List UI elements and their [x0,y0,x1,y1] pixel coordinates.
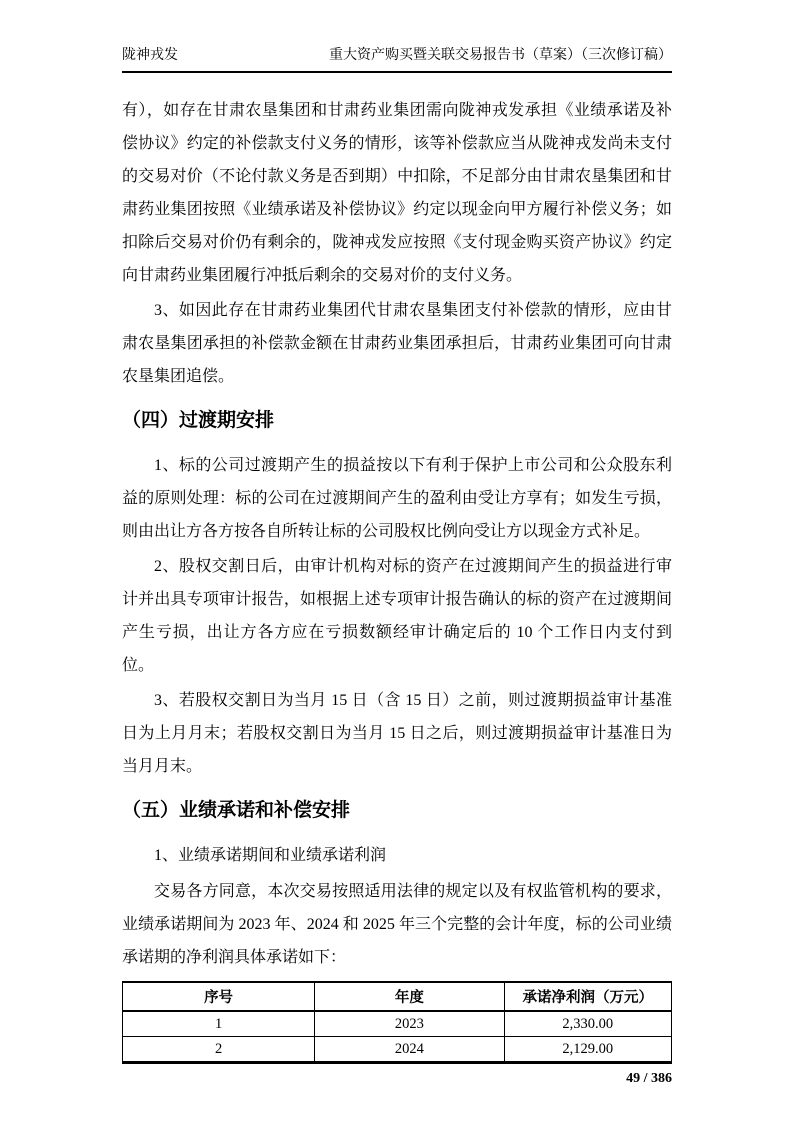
commitment-profit-table: 序号 年度 承诺净利润（万元） 1 2023 2,330.00 2 2024 2… [122,981,672,1064]
table-row: 2 2024 2,129.00 [123,1037,672,1063]
table-header-row: 序号 年度 承诺净利润（万元） [123,982,672,1011]
paragraph-continuation: 有），如存在甘肃农垦集团和甘肃药业集团需向陇神戎发承担《业绩承诺及补偿协议》约定… [122,94,672,292]
section5-intro: 交易各方同意，本次交易按照适用法律的规定以及有权监管机构的要求，业绩承诺期间为 … [122,875,672,974]
table-header-year: 年度 [315,982,504,1011]
document-page: 陇神戎发 重大资产购买暨关联交易报告书（草案）（三次修订稿） 有），如存在甘肃农… [0,0,793,1122]
table-cell-year: 2023 [315,1011,504,1037]
table-header-seq: 序号 [123,982,315,1011]
table-cell-year: 2024 [315,1037,504,1063]
document-header: 陇神戎发 重大资产购买暨关联交易报告书（草案）（三次修订稿） [122,46,672,73]
section4-item-2: 2、股权交割日后，由审计机构对标的资产在过渡期间产生的损益进行审计并出具专项审计… [122,550,672,682]
document-body: 有），如存在甘肃农垦集团和甘肃药业集团需向陇神戎发承担《业绩承诺及补偿协议》约定… [122,73,672,1087]
table-cell-profit: 2,330.00 [504,1011,671,1037]
section5-sub-heading: 1、业绩承诺期间和业绩承诺利润 [122,839,672,872]
section-heading-5: （五）业绩承诺和补偿安排 [122,798,672,824]
page-number: 49 / 386 [122,1071,672,1087]
table-cell-seq: 1 [123,1011,315,1037]
section4-item-1: 1、标的公司过渡期产生的损益按以下有利于保护上市公司和公众股东利益的原则处理：标… [122,449,672,548]
table-cell-seq: 2 [123,1037,315,1063]
header-right-title: 重大资产购买暨关联交易报告书（草案）（三次修订稿） [329,46,672,66]
table-header-profit: 承诺净利润（万元） [504,982,671,1011]
section-heading-4: （四）过渡期安排 [122,408,672,434]
table-row: 1 2023 2,330.00 [123,1011,672,1037]
paragraph-item-3: 3、如因此存在甘肃药业集团代甘肃农垦集团支付补偿款的情形，应由甘肃农垦集团承担的… [122,294,672,393]
header-left-title: 陇神戎发 [122,46,178,66]
section4-item-3: 3、若股权交割日为当月 15 日（含 15 日）之前，则过渡期损益审计基准日为上… [122,684,672,783]
table-cell-profit: 2,129.00 [504,1037,671,1063]
